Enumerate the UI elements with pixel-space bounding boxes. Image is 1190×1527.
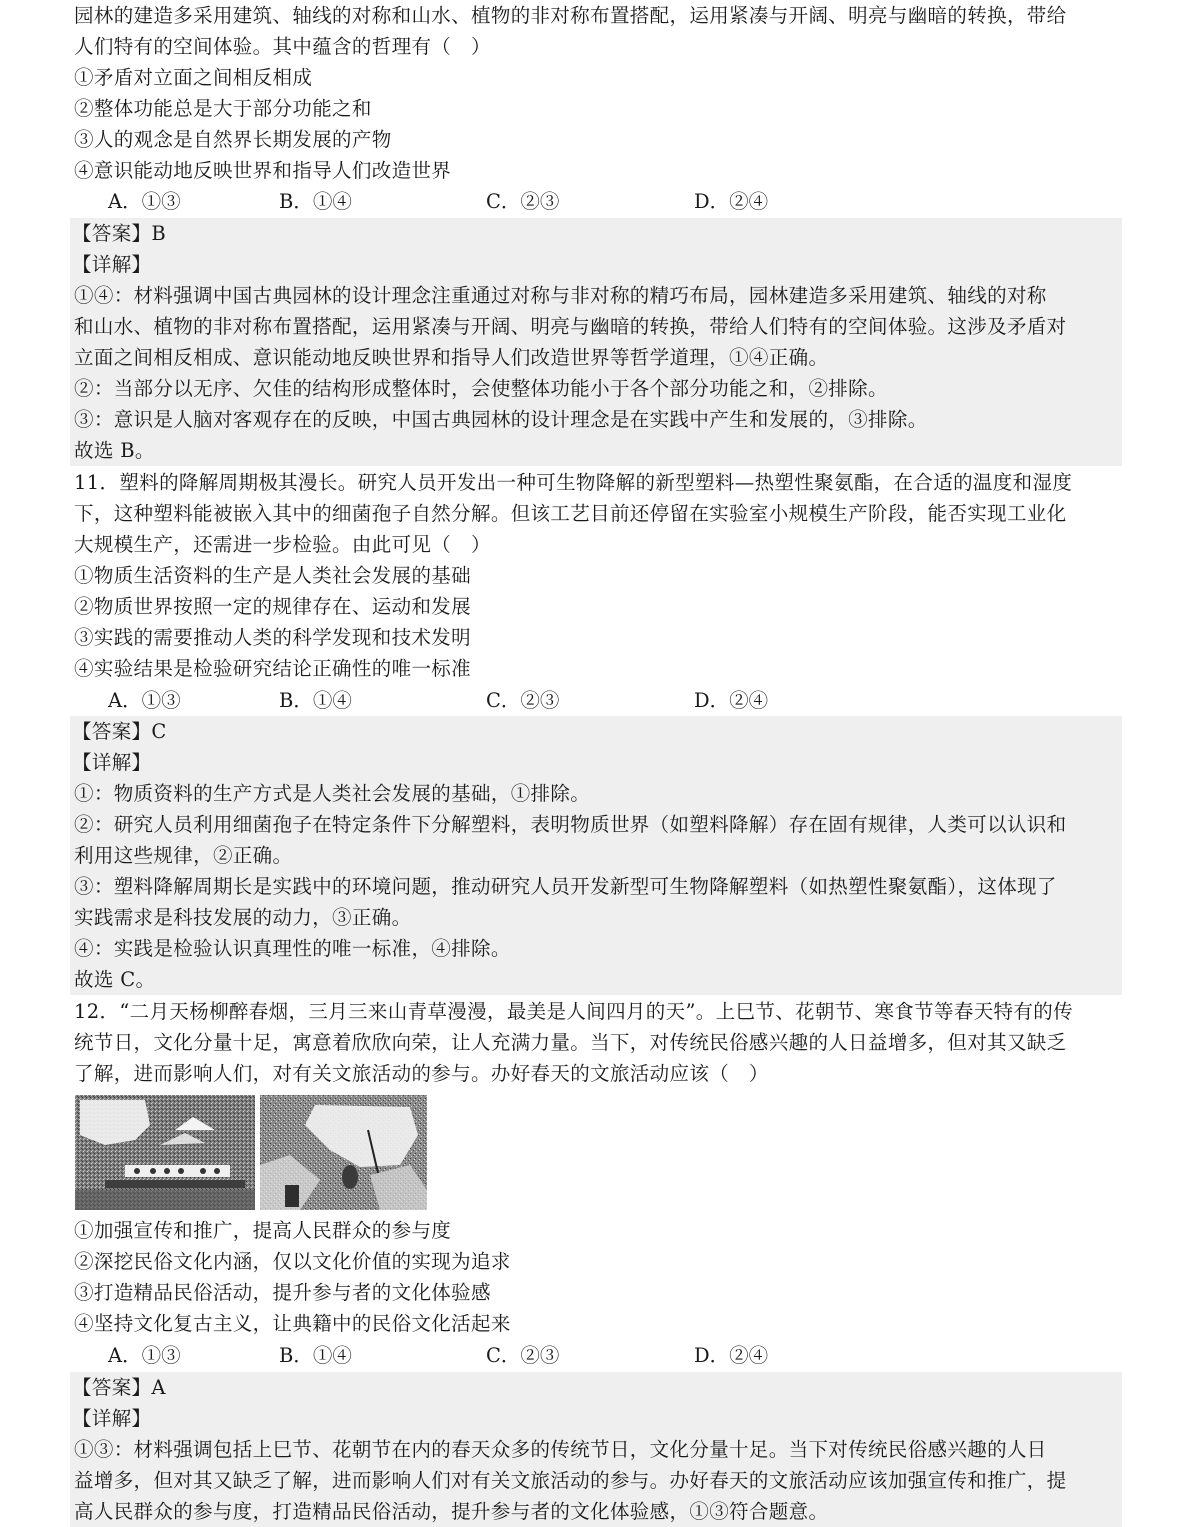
q12-option-b[interactable]: B．①④: [279, 1340, 352, 1371]
q10-statement-1: ①矛盾对立面之间相反相成: [74, 62, 312, 93]
q12-option-c[interactable]: C．②③: [486, 1340, 559, 1371]
q10-statement-3: ③人的观念是自然界长期发展的产物: [74, 124, 392, 155]
q11-stem-line: 11．塑料的降解周期极其漫长。研究人员开发出一种可生物降解的新型塑料—热塑性聚氨…: [74, 467, 1072, 498]
q12-figure: [75, 1095, 427, 1210]
q11-option-a[interactable]: A．①③: [108, 685, 181, 716]
q10-detail-line: ①④：材料强调中国古典园林的设计理念注重通过对称与非对称的精巧布局，园林建造多采…: [74, 280, 1047, 311]
q10-option-a[interactable]: A．①③: [108, 186, 181, 217]
q11-detail-line: ③：塑料降解周期长是实践中的环境问题，推动研究人员开发新型可生物降解塑料（如热塑…: [74, 871, 1057, 902]
q10-detail-line: ②：当部分以无序、欠佳的结构形成整体时，会使整体功能小于各个部分功能之和，②排除…: [74, 373, 888, 404]
q11-detail-line: 故选 C。: [74, 964, 155, 995]
q11-stem-line: 下，这种塑料能被嵌入其中的细菌孢子自然分解。但该工艺目前还停留在实验室小规模生产…: [74, 498, 1067, 529]
q11-detail-line: 实践需求是科技发展的动力，③正确。: [74, 902, 411, 933]
q10-option-b[interactable]: B．①④: [279, 186, 352, 217]
q11-detail-line: ②：研究人员利用细菌孢子在特定条件下分解塑料，表明物质世界（如塑料降解）存在固有…: [74, 809, 1067, 840]
q12-statement-2: ②深挖民俗文化内涵，仅以文化价值的实现为追求: [74, 1246, 511, 1277]
q11-detail-label: 【详解】: [72, 747, 151, 778]
q11-answer: 【答案】C: [72, 716, 167, 747]
q10-option-d[interactable]: D．②④: [694, 186, 768, 217]
q11-statement-4: ④实验结果是检验研究结论正确性的唯一标准: [74, 653, 471, 684]
q12-stem-line: 了解，进而影响人们，对有关文旅活动的参与。办好春天的文旅活动应该（ ）: [74, 1058, 769, 1089]
q12-option-d[interactable]: D．②④: [694, 1340, 768, 1371]
q10-detail-line: ③：意识是人脑对客观存在的反映，中国古典园林的设计理念是在实践中产生和发展的，③…: [74, 404, 928, 435]
q12-detail-label: 【详解】: [72, 1403, 151, 1434]
q11-statement-2: ②物质世界按照一定的规律存在、运动和发展: [74, 591, 471, 622]
q12-statement-1: ①加强宣传和推广，提高人民群众的参与度: [74, 1215, 451, 1246]
q12-statement-4: ④坚持文化复古主义，让典籍中的民俗文化活起来: [74, 1308, 511, 1339]
q10-stem-line: 园林的建造多采用建筑、轴线的对称和山水、植物的非对称布置搭配，运用紧凑与开阔、明…: [74, 0, 1067, 31]
q12-statement-3: ③打造精品民俗活动，提升参与者的文化体验感: [74, 1277, 491, 1308]
q10-answer: 【答案】B: [72, 218, 166, 249]
q11-option-b[interactable]: B．①④: [279, 685, 352, 716]
document-page: 园林的建造多采用建筑、轴线的对称和山水、植物的非对称布置搭配，运用紧凑与开阔、明…: [0, 0, 1190, 1527]
q11-stem-line: 大规模生产，还需进一步检验。由此可见（ ）: [74, 529, 491, 560]
q12-stem-line: 统节日，文化分量十足，寓意着欣欣向荣，让人充满力量。当下，对传统民俗感兴趣的人日…: [74, 1027, 1067, 1058]
q10-detail-line: 故选 B。: [74, 435, 155, 466]
q11-detail-line: ①：物质资料的生产方式是人类社会发展的基础，①排除。: [74, 778, 590, 809]
q11-option-d[interactable]: D．②④: [694, 685, 768, 716]
q10-detail-line: 立面之间相反相成、意识能动地反映世界和指导人们改造世界等哲学道理，①④正确。: [74, 342, 828, 373]
q11-option-c[interactable]: C．②③: [486, 685, 559, 716]
q12-detail-line: ①③：材料强调包括上巳节、花朝节在内的春天众多的传统节日，文化分量十足。当下对传…: [74, 1434, 1047, 1465]
q10-statement-4: ④意识能动地反映世界和指导人们改造世界: [74, 155, 451, 186]
q10-detail-line: 和山水、植物的非对称布置搭配，运用紧凑与开阔、明亮与幽暗的转换，带给人们特有的空…: [74, 311, 1067, 342]
q12-photo-pavilion: [75, 1095, 255, 1210]
q12-detail-line: 益增多，但对其又缺乏了解，进而影响人们对有关文旅活动的参与。办好春天的文旅活动应…: [74, 1465, 1067, 1496]
q12-stem-line: 12．“二月天杨柳醉春烟，三月三来山青草漫漫，最美是人间四月的天”。上巳节、花朝…: [74, 996, 1073, 1027]
q11-detail-line: 利用这些规律，②正确。: [74, 840, 292, 871]
q12-answer: 【答案】A: [72, 1372, 166, 1403]
q10-stem-line: 人们特有的空间体验。其中蕴含的哲理有（ ）: [74, 31, 491, 62]
q10-statement-2: ②整体功能总是大于部分功能之和: [74, 93, 372, 124]
q11-statement-1: ①物质生活资料的生产是人类社会发展的基础: [74, 560, 471, 591]
q12-photo-festival: [260, 1095, 427, 1210]
q12-option-a[interactable]: A．①③: [108, 1340, 181, 1371]
q10-option-c[interactable]: C．②③: [486, 186, 559, 217]
q11-detail-line: ④：实践是检验认识真理性的唯一标准，④排除。: [74, 933, 511, 964]
q11-statement-3: ③实践的需要推动人类的科学发现和技术发明: [74, 622, 471, 653]
q12-detail-line: 高人民群众的参与度，打造精品民俗活动，提升参与者的文化体验感，①③符合题意。: [74, 1496, 828, 1527]
q10-detail-label: 【详解】: [72, 249, 151, 280]
